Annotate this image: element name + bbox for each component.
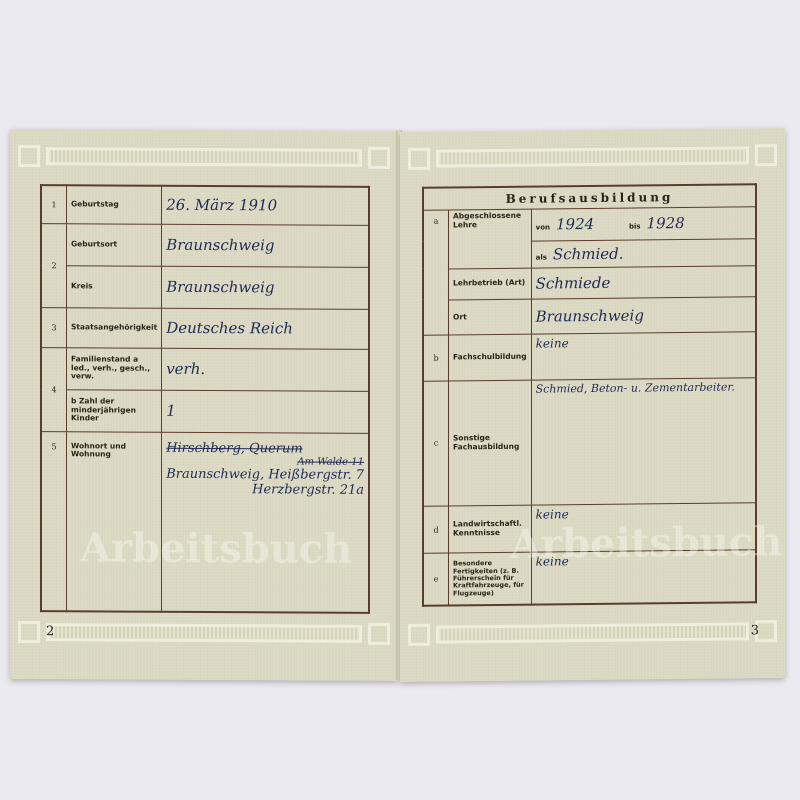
- marital-status-value: verh.: [162, 348, 369, 391]
- special-skills-value: keine: [531, 550, 756, 604]
- table-row: Ort Braunschweig: [423, 297, 756, 336]
- vocational-training-table: Berufsausbildung a Abgeschlossene Lehre …: [422, 183, 757, 607]
- table-row: Lehrbetrieb (Art) Schmiede: [423, 265, 756, 300]
- page-number: 2: [46, 624, 54, 639]
- row-letter: a: [423, 210, 449, 335]
- bottom-border-band: [18, 619, 390, 647]
- top-border-band: [18, 143, 390, 171]
- border-ornament-icon: [18, 145, 40, 167]
- other-training-value: Schmied, Beton- u. Zementarbeiter.: [531, 378, 756, 505]
- agriculture-knowledge-value: keine: [531, 502, 756, 552]
- border-ornament-icon: [18, 621, 40, 643]
- updated-street: Herzbergstr. 21a: [166, 481, 364, 497]
- border-bar: [46, 147, 362, 167]
- border-bar: [436, 622, 749, 643]
- technical-school-value: keine: [531, 332, 756, 380]
- current-address: Braunschweig, Heißbergstr. 7: [166, 466, 364, 482]
- field-label: Wohnort und Wohnung: [67, 431, 162, 611]
- table-row: Kreis Braunschweig: [41, 265, 369, 309]
- table-row: d Landwirtschaftl. Kenntnisse keine: [423, 502, 756, 553]
- row-number: 4: [41, 347, 67, 431]
- start-year: 1924: [556, 215, 594, 233]
- table-row: b Fachschulbildung keine: [423, 332, 756, 381]
- border-ornament-icon: [408, 624, 430, 646]
- field-label: Fachschulbildung: [449, 334, 532, 381]
- row-letter: d: [423, 506, 449, 554]
- residence-value: Hirschberg, Querum Am Walde 11 Braunschw…: [162, 432, 369, 613]
- table-row: 2 Geburtsort Braunschweig: [41, 223, 369, 267]
- end-year: 1928: [647, 215, 685, 233]
- table-row: 3 Staatsangehörigkeit Deutsches Reich: [41, 307, 369, 349]
- field-label: Sonstige Fachausbildung: [449, 380, 532, 506]
- border-ornament-icon: [368, 623, 390, 645]
- field-label: Ort: [449, 299, 532, 335]
- personal-data-table: 1 Geburtstag 26. März 1910 2 Geburtsort …: [40, 184, 370, 614]
- field-label: b Zahl der minderjährigen Kinder: [67, 389, 162, 431]
- row-letter: c: [423, 381, 449, 506]
- table-row: e Besondere Fertigkeiten (z. B. Führersc…: [423, 550, 756, 606]
- field-label: Kreis: [67, 265, 162, 307]
- border-ornament-icon: [368, 147, 390, 169]
- field-label: Landwirtschaftl. Kenntnisse: [449, 505, 532, 554]
- row-number: 3: [41, 307, 67, 347]
- apprenticeship-trade: alsSchmied.: [531, 238, 756, 267]
- table-row: b Zahl der minderjährigen Kinder 1: [41, 389, 369, 433]
- table-row: a Abgeschlossene Lehre von1924 bis1928: [423, 207, 756, 242]
- apprenticeship-period: von1924 bis1928: [531, 207, 756, 241]
- bottom-border-band: [408, 618, 777, 648]
- row-number: 1: [41, 185, 67, 223]
- row-number: 5: [41, 431, 67, 611]
- row-letter: e: [423, 553, 449, 605]
- border-bar: [436, 146, 749, 167]
- training-company-value: Schmiede: [531, 265, 756, 299]
- table-row: 5 Wohnort und Wohnung Hirschberg, Querum…: [41, 431, 369, 613]
- field-label: Familienstand a led., verh., gesch., ver…: [67, 347, 162, 389]
- table-row: c Sonstige Fachausbildung Schmied, Beton…: [423, 378, 756, 506]
- right-page: Berufsausbildung a Abgeschlossene Lehre …: [400, 128, 785, 682]
- border-ornament-icon: [755, 144, 777, 166]
- citizenship-value: Deutsches Reich: [162, 308, 369, 349]
- district-value: Braunschweig: [162, 266, 369, 309]
- field-label: Lehrbetrieb (Art): [449, 268, 532, 300]
- field-label: Geburtsort: [67, 223, 162, 265]
- left-page: 1 Geburtstag 26. März 1910 2 Geburtsort …: [10, 129, 398, 681]
- field-label: Staatsangehörigkeit: [67, 307, 162, 347]
- training-location-value: Braunschweig: [531, 297, 756, 335]
- page-number: 3: [751, 623, 759, 638]
- border-ornament-icon: [408, 148, 430, 170]
- border-bar: [46, 623, 362, 643]
- top-border-band: [408, 142, 777, 172]
- table-row: 1 Geburtstag 26. März 1910: [41, 185, 369, 225]
- open-booklet: 1 Geburtstag 26. März 1910 2 Geburtsort …: [10, 130, 790, 680]
- birthplace-value: Braunschweig: [162, 224, 369, 267]
- row-number: 2: [41, 223, 67, 307]
- children-count-value: 1: [162, 390, 369, 433]
- table-row: 4 Familienstand a led., verh., gesch., v…: [41, 347, 369, 391]
- birthdate-value: 26. März 1910: [162, 186, 369, 225]
- row-letter: b: [423, 335, 449, 381]
- field-label: Geburtstag: [67, 185, 162, 223]
- field-label: Abgeschlossene Lehre: [449, 210, 532, 269]
- struck-address: Hirschberg, Querum: [166, 440, 364, 456]
- field-label: Besondere Fertigkeiten (z. B. Führersche…: [449, 553, 532, 606]
